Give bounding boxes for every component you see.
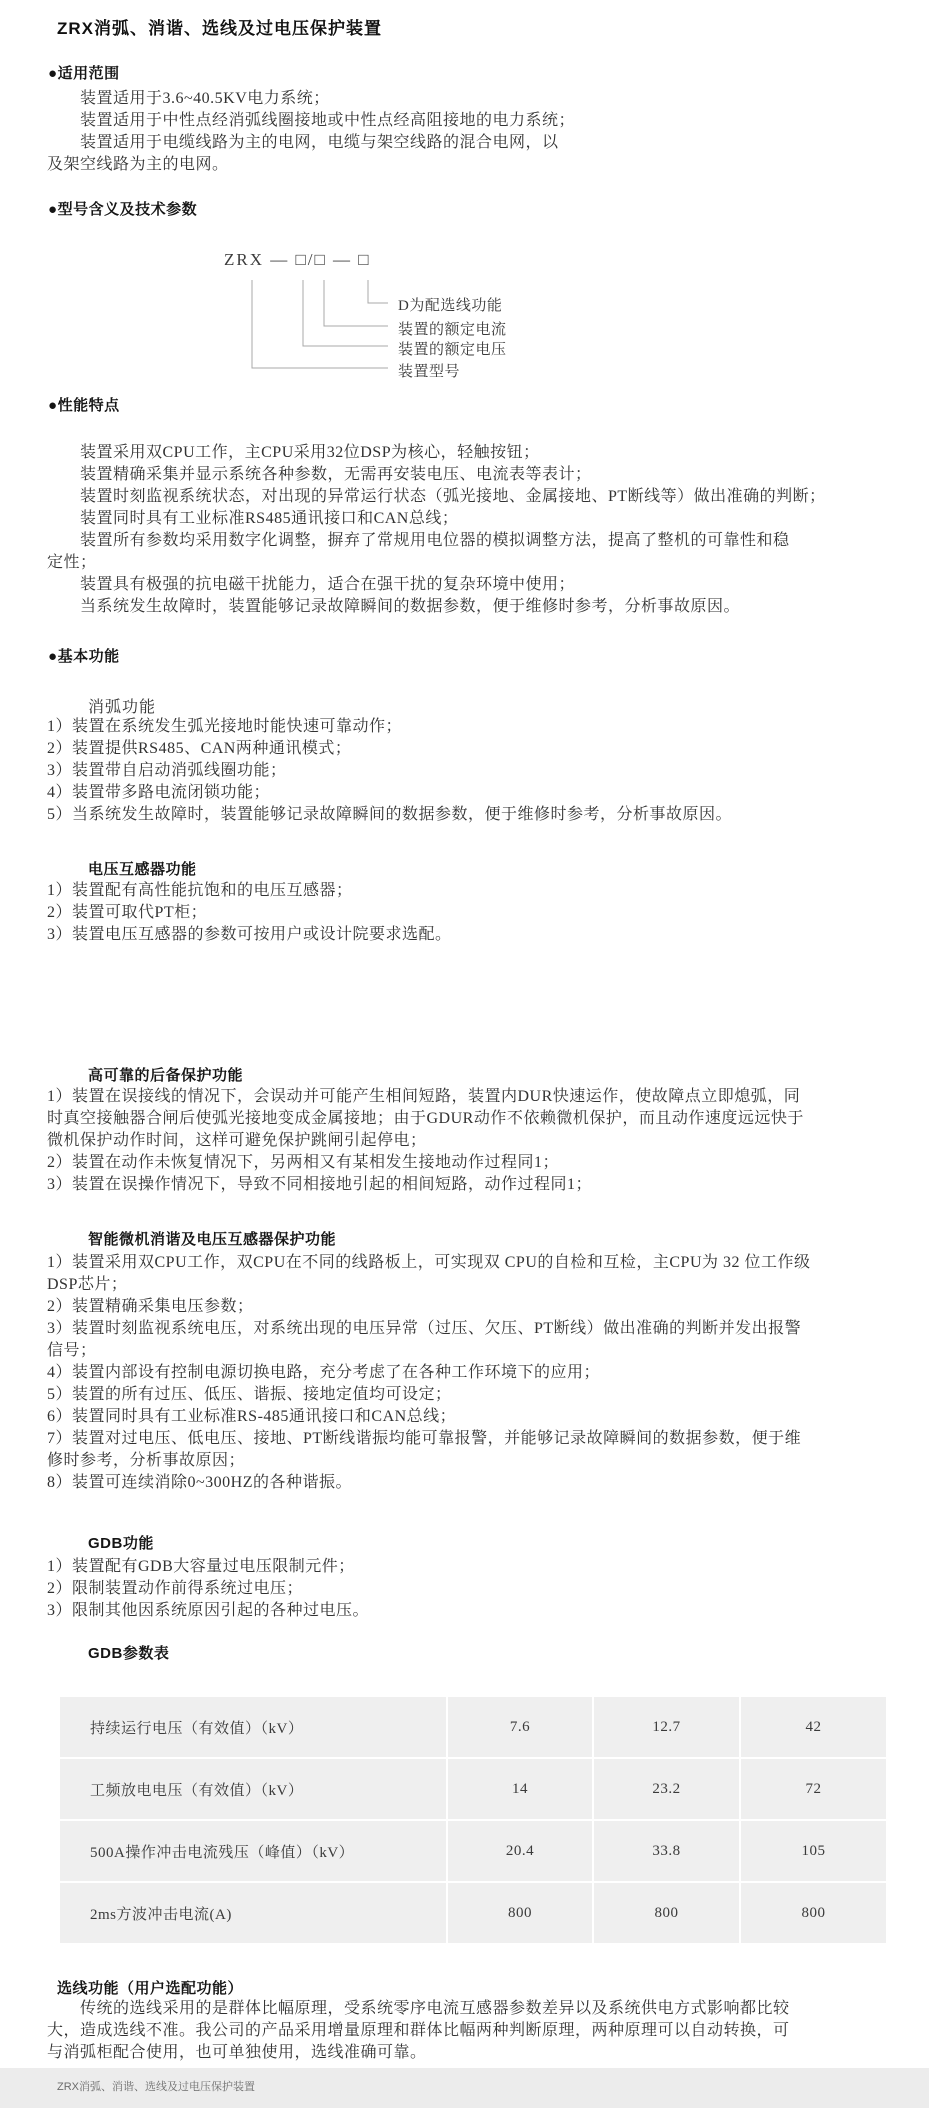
table-cell: 7.6 (448, 1697, 592, 1757)
footer-caption: ZRX消弧、消谐、选线及过电压保护装置 (57, 2078, 255, 2094)
table-row-label: 工频放电电压（有效值）（kV） (60, 1759, 446, 1819)
arc-suppression-list: 1）装置在系统发生弧光接地时能快速可靠动作； 2）装置提供RS485、CAN两种… (47, 716, 732, 826)
document-page: ZRX消弧、消谐、选线及过电压保护装置 ●适用范围 装置适用于3.6~40.5K… (0, 0, 929, 2108)
table-cell: 12.7 (594, 1697, 739, 1757)
table-cell: 14 (448, 1759, 592, 1819)
features-paragraph: 装置采用双CPU工作，主CPU采用32位DSP为核心，轻触按钮； 装置精确采集并… (47, 442, 826, 618)
subsection-title-arc-suppression: 消弧功能 (88, 694, 156, 717)
section-heading-features-label: 性能特点 (58, 397, 120, 414)
footer-strip: ZRX消弧、消谐、选线及过电压保护装置 (0, 2068, 929, 2108)
model-diagram-label-line-selection: D为配选线功能 (398, 294, 502, 315)
smart-harmonic-list: 1）装置采用双CPU工作，双CPU在不同的线路板上，可实现双 CPU的自检和互检… (47, 1252, 811, 1494)
bullet-icon: ● (48, 648, 58, 665)
model-formula: ZRX — □/□ — □ (224, 250, 371, 270)
model-diagram-lines (180, 272, 395, 377)
bullet-icon: ● (48, 65, 58, 82)
section-heading-basic: ●基本功能 (48, 645, 120, 666)
subsection-title-backup-protection: 高可靠的后备保护功能 (88, 1064, 243, 1085)
subsection-title-gdb-function: GDB功能 (88, 1532, 154, 1553)
subsection-title-smart-harmonic: 智能微机消谐及电压互感器保护功能 (88, 1228, 336, 1249)
table-cell: 800 (741, 1883, 886, 1943)
table-row-label: 500A操作冲击电流残压（峰值）（kV） (60, 1821, 446, 1881)
model-diagram-label-rated-current: 装置的额定电流 (398, 318, 507, 339)
bullet-icon: ● (48, 397, 58, 414)
model-diagram-label-rated-voltage: 装置的额定电压 (398, 338, 507, 359)
section-heading-model-label: 型号含义及技术参数 (58, 201, 198, 218)
table-cell: 800 (594, 1883, 739, 1943)
table-row-label: 持续运行电压（有效值）（kV） (60, 1697, 446, 1757)
table-cell: 105 (741, 1821, 886, 1881)
table-cell: 23.2 (594, 1759, 739, 1819)
section-heading-features: ●性能特点 (48, 394, 120, 415)
backup-protection-list: 1）装置在误接线的情况下，会误动并可能产生相间短路，装置内DUR快速运作，使故障… (47, 1086, 804, 1196)
page-title: ZRX消弧、消谐、选线及过电压保护装置 (57, 14, 382, 39)
line-selection-paragraph: 传统的选线采用的是群体比幅原理，受系统零序电流互感器参数差异以及系统供电方式影响… (47, 1998, 790, 2064)
table-cell: 20.4 (448, 1821, 592, 1881)
gdb-table-heading: GDB参数表 (88, 1642, 169, 1663)
table-cell: 72 (741, 1759, 886, 1819)
section-heading-line-selection: 选线功能（用户选配功能） (57, 1977, 243, 1998)
gdb-function-list: 1）装置配有GDB大容量过电压限制元件； 2）限制装置动作前得系统过电压； 3）… (47, 1556, 369, 1622)
table-cell: 42 (741, 1697, 886, 1757)
section-heading-scope: ●适用范围 (48, 62, 120, 83)
table-row-label: 2ms方波冲击电流(A) (60, 1883, 446, 1943)
voltage-transformer-list: 1）装置配有高性能抗饱和的电压互感器； 2）装置可取代PT柜； 3）装置电压互感… (47, 880, 452, 946)
scope-paragraph: 装置适用于3.6~40.5KV电力系统； 装置适用于中性点经消弧线圈接地或中性点… (47, 88, 575, 176)
table-cell: 800 (448, 1883, 592, 1943)
section-heading-model: ●型号含义及技术参数 (48, 198, 197, 219)
section-heading-scope-label: 适用范围 (58, 65, 120, 82)
table-cell: 33.8 (594, 1821, 739, 1881)
model-diagram-label-device-model: 装置型号 (398, 360, 460, 381)
bullet-icon: ● (48, 201, 58, 218)
section-heading-basic-label: 基本功能 (58, 648, 120, 665)
gdb-parameters-table: 持续运行电压（有效值）（kV） 7.6 12.7 42 工频放电电压（有效值）（… (60, 1697, 886, 1943)
subsection-title-voltage-transformer: 电压互感器功能 (88, 858, 197, 879)
